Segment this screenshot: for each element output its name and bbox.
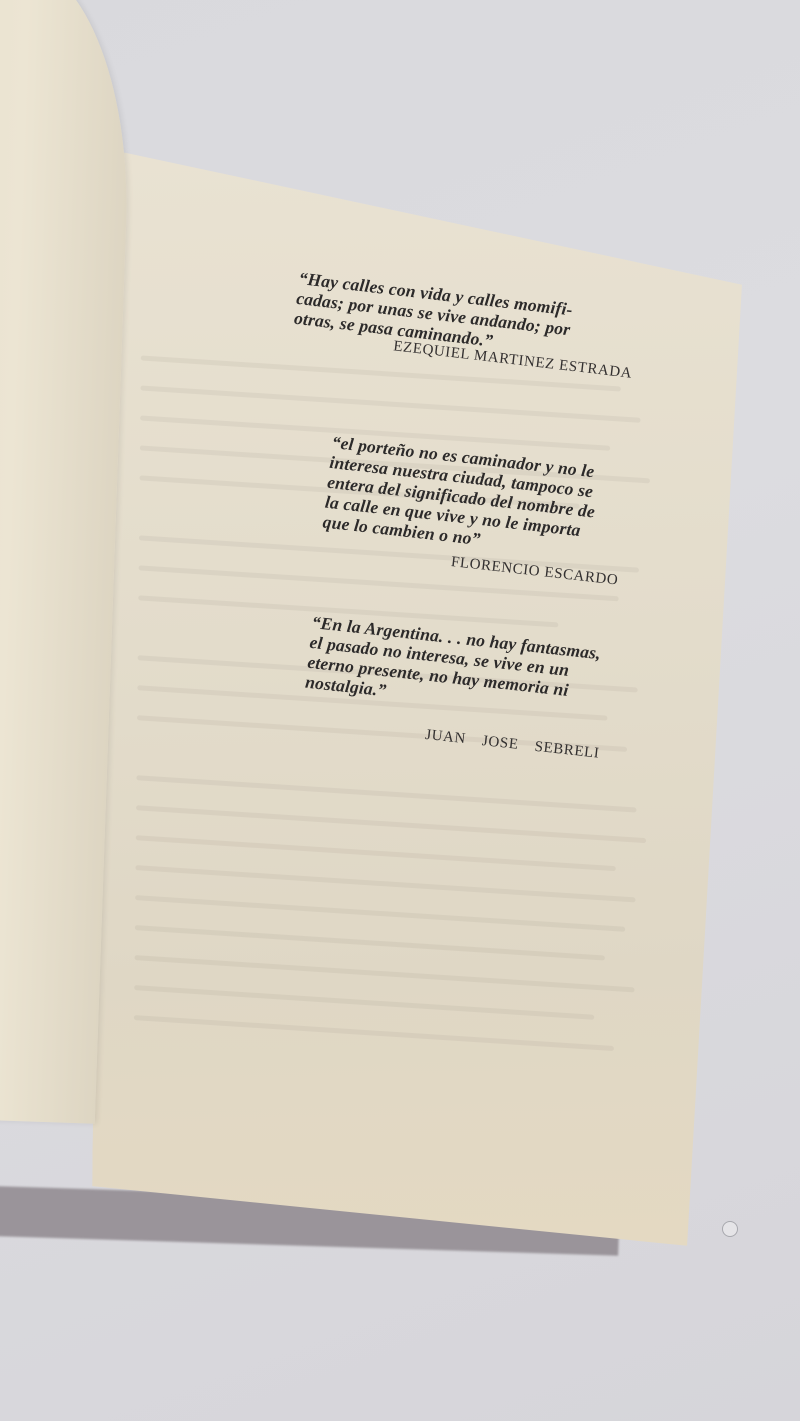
bleed-through-line <box>134 1015 614 1051</box>
bleed-through-line <box>137 685 607 720</box>
bleed-through-line <box>141 355 621 391</box>
bleed-through-line <box>136 835 616 871</box>
bleed-through-line <box>140 415 610 450</box>
bleed-through-line <box>140 385 640 422</box>
bleed-through-line <box>137 715 627 752</box>
right-page <box>92 148 743 1249</box>
bleed-through-line <box>140 445 650 483</box>
bleed-through-line <box>139 565 619 601</box>
bleed-through-line <box>135 895 625 932</box>
bleed-through-line <box>136 775 636 812</box>
bleed-through-line <box>135 925 605 960</box>
bleed-through-line <box>136 805 646 843</box>
bleed-through-line <box>139 535 639 572</box>
bleed-through-line <box>140 475 580 508</box>
bleed-through-line <box>138 655 638 692</box>
bleed-through-line <box>134 985 594 1020</box>
surface-bubble <box>722 1221 738 1237</box>
bleed-through-line <box>135 865 635 902</box>
bleed-through-line <box>138 595 558 627</box>
bleed-through-line <box>135 955 635 992</box>
